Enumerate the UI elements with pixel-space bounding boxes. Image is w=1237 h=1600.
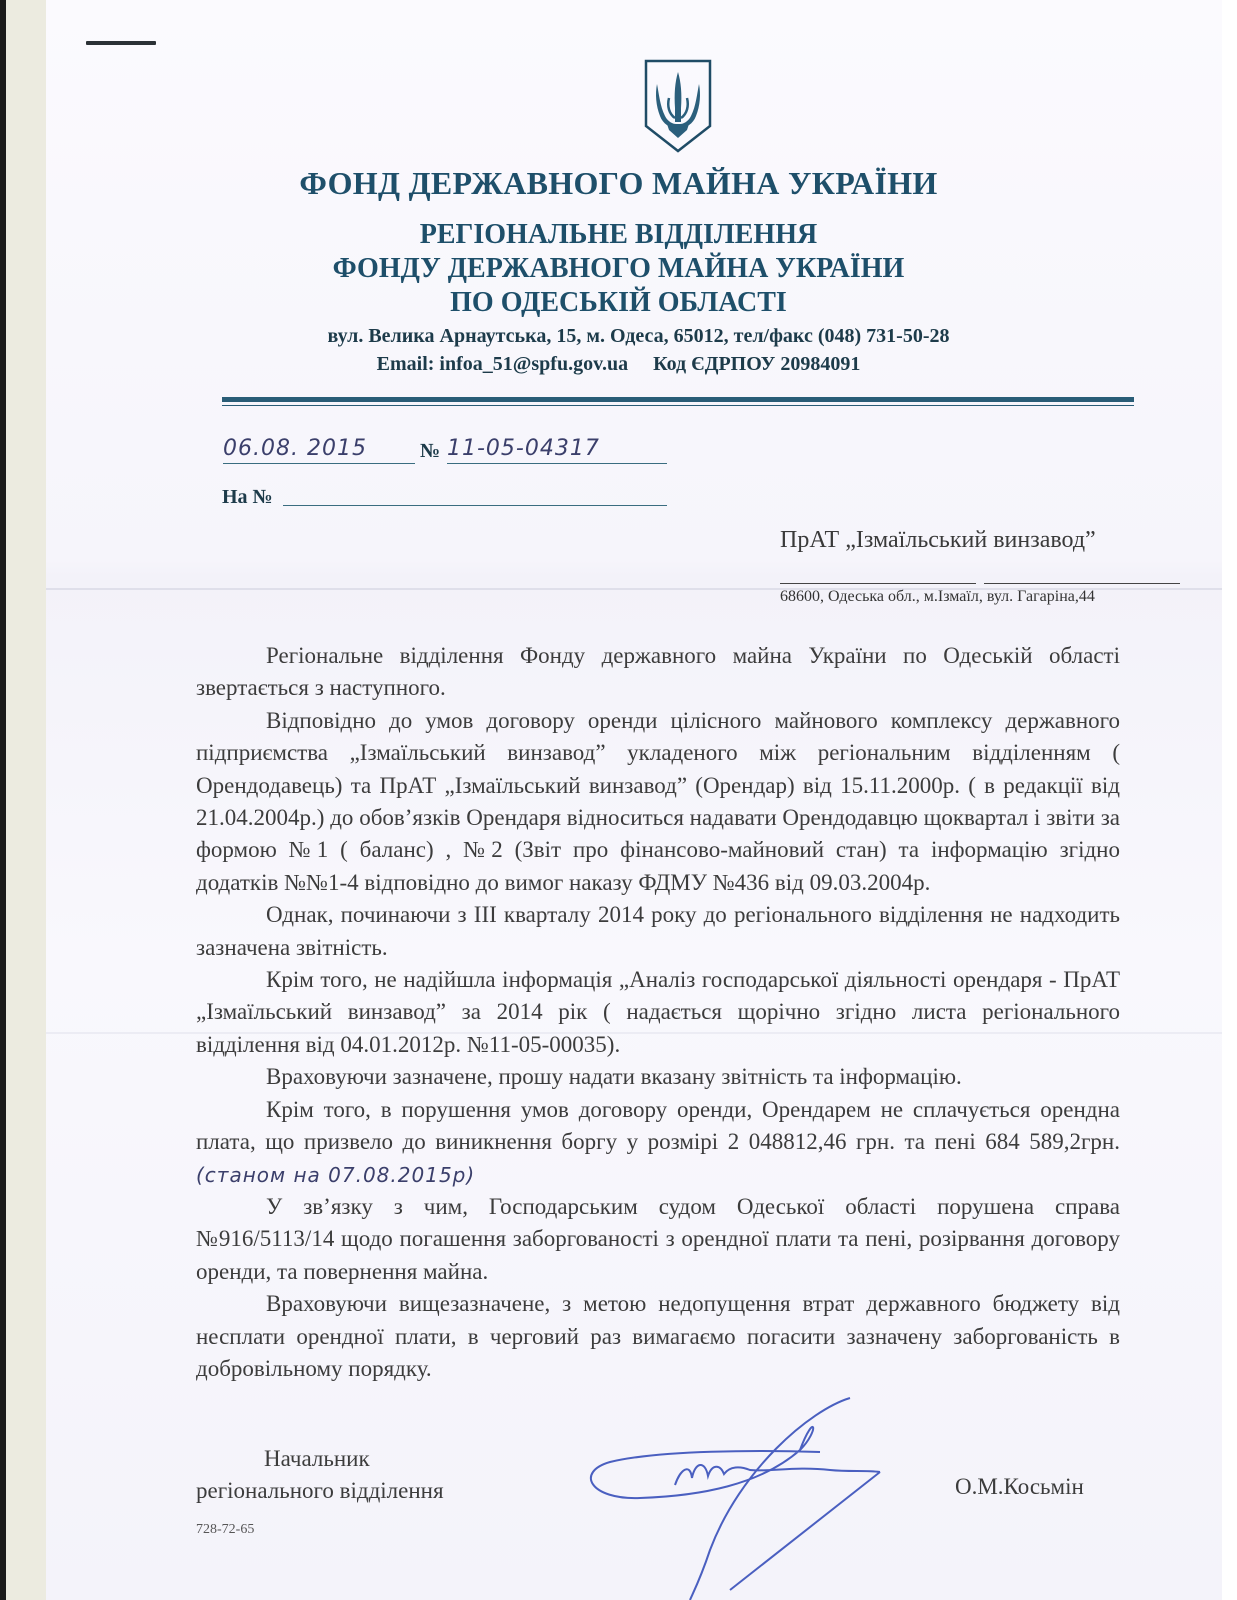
department-name: РЕГІОНАЛЬНЕ ВІДДІЛЕННЯ ФОНДУ ДЕРЖАВНОГО … bbox=[0, 218, 1237, 320]
handwritten-signature-icon bbox=[580, 1390, 900, 1600]
contact-address: вул. Велика Арнаутська, 15, м. Одеса, 65… bbox=[0, 322, 1237, 350]
signatory-name: О.М.Косьмін bbox=[955, 1474, 1084, 1500]
paragraph: Враховуючи вищезазначене, з метою недопу… bbox=[196, 1288, 1120, 1385]
header-rule-thick bbox=[222, 397, 1134, 402]
contact-email-code: Email: infoa_51@spfu.gov.ua Код ЄДРПОУ 2… bbox=[0, 350, 1237, 378]
paragraph: Однак, починаючи з ІІІ кварталу 2014 рок… bbox=[196, 899, 1120, 964]
paragraph: Крім того, не надійшла інформація „Аналі… bbox=[196, 964, 1120, 1061]
executor-phone: 728-72-65 bbox=[196, 1522, 254, 1538]
paragraph: Відповідно до умов договору оренди ціліс… bbox=[196, 705, 1120, 899]
department-line: РЕГІОНАЛЬНЕ ВІДДІЛЕННЯ bbox=[0, 218, 1237, 252]
header-rule-thin bbox=[222, 405, 1134, 406]
letter-body: Регіональне відділення Фонду державного … bbox=[196, 640, 1120, 1385]
reply-to-field bbox=[283, 505, 667, 506]
paragraph: Регіональне відділення Фонду державного … bbox=[196, 640, 1120, 705]
margin-dash-mark bbox=[86, 41, 156, 45]
org-title: ФОНД ДЕРЖАВНОГО МАЙНА УКРАЇНИ bbox=[0, 165, 1237, 202]
trident-coat-of-arms-icon bbox=[643, 58, 713, 154]
outgoing-number-label: № bbox=[420, 440, 441, 463]
addressee-underline bbox=[780, 583, 976, 584]
signatory-title-line: Начальник bbox=[196, 1443, 444, 1475]
addressee-address: 68600, Одеська обл., м.Ізмаїл, вул. Гага… bbox=[780, 588, 1095, 606]
paragraph: У зв’язку з чим, Господарським судом Оде… bbox=[196, 1191, 1120, 1288]
signatory-title: Начальник регіонального відділення bbox=[196, 1443, 444, 1507]
addressee-underline bbox=[984, 583, 1180, 584]
paragraph: Крім того, в порушення умов договору оре… bbox=[196, 1094, 1120, 1191]
reply-to-label: На № bbox=[222, 486, 273, 509]
outgoing-date: 06.08. 2015 bbox=[223, 436, 415, 464]
addressee-name: ПрАТ „Ізмаїльський винзавод” bbox=[780, 527, 1096, 554]
handwritten-note: (станом на 07.08.2015р) bbox=[196, 1163, 475, 1187]
department-line: ПО ОДЕСЬКІЙ ОБЛАСТІ bbox=[0, 286, 1237, 320]
contact-info: вул. Велика Арнаутська, 15, м. Одеса, 65… bbox=[0, 322, 1237, 378]
outgoing-number: 11-05-04317 bbox=[447, 436, 667, 464]
department-line: ФОНДУ ДЕРЖАВНОГО МАЙНА УКРАЇНИ bbox=[0, 252, 1237, 286]
paragraph: Враховуючи зазначене, прошу надати вказа… bbox=[196, 1061, 1120, 1093]
signatory-title-line: регіонального відділення bbox=[196, 1478, 444, 1503]
debt-statement: Крім того, в порушення умов договору оре… bbox=[196, 1097, 1120, 1154]
